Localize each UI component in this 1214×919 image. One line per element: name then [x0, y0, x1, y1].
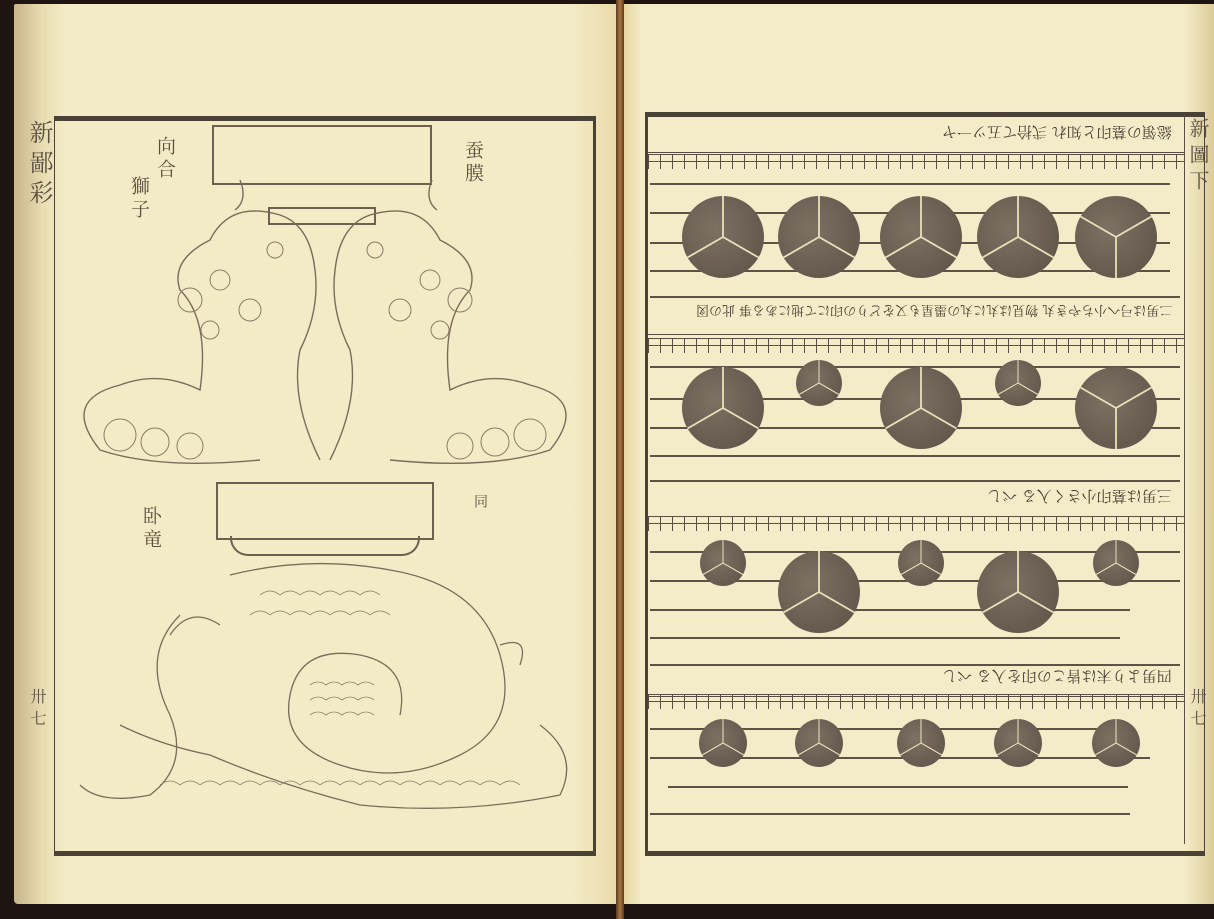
right-frame-inner-rule: [1184, 116, 1185, 844]
crest-coin-row-1-3: [880, 196, 962, 278]
rule: [650, 637, 1120, 639]
crest-coin-row-2-3: [880, 367, 962, 449]
right-page-number: 卅七: [1186, 688, 1209, 732]
tripartite-divider-icon: [880, 196, 962, 278]
row-1-header: 総領の墓印と知れ 弐拾て五ツ一ヤ: [648, 118, 1184, 153]
crest-coin-row-3-4: [977, 551, 1059, 633]
tripartite-divider-icon: [994, 719, 1042, 767]
tripartite-divider-icon: [682, 367, 764, 449]
crest-coin-row-4-1: [699, 719, 747, 767]
rule: [650, 183, 1170, 185]
crest-coin-row-3-1: [700, 540, 746, 586]
tripartite-divider-icon: [977, 196, 1059, 278]
crest-coin-row-4-2: [795, 719, 843, 767]
tripartite-divider-icon: [977, 551, 1059, 633]
tripartite-divider-icon: [778, 551, 860, 633]
lion-pedestal-top: [212, 125, 432, 185]
crest-coin-row-1-5: [1075, 196, 1157, 278]
row-1-note: 総領の墓印と知れ 弐拾て五ツ一ヤ: [942, 122, 1172, 143]
tripartite-divider-icon: [700, 540, 746, 586]
row-3-note: 三男は墓印小さく入る べし: [987, 486, 1172, 507]
right-spine-title: 新圖下: [1184, 118, 1213, 196]
tripartite-divider-icon: [880, 367, 962, 449]
tripartite-divider-icon: [1075, 196, 1157, 278]
crest-coin-row-4-4: [994, 719, 1042, 767]
rule: [668, 786, 1128, 788]
crest-coin-row-3-5: [1093, 540, 1139, 586]
tripartite-divider-icon: [682, 196, 764, 278]
tripartite-divider-icon: [1092, 719, 1140, 767]
row-3-ruler: [648, 516, 1184, 531]
crest-coin-row-4-3: [897, 719, 945, 767]
crest-coin-row-3-2: [778, 551, 860, 633]
row-2-header: 二男は弓へ小ちやき丸 物見は丸に丸の墨星も又をどりの印にて地にある事 此の図: [648, 298, 1184, 335]
crest-coin-row-2-1: [682, 367, 764, 449]
crest-coin-row-4-5: [1092, 719, 1140, 767]
tripartite-divider-icon: [995, 360, 1041, 406]
tripartite-divider-icon: [897, 719, 945, 767]
tripartite-divider-icon: [796, 360, 842, 406]
crest-coin-row-2-4: [995, 360, 1041, 406]
label-same: 同: [470, 494, 490, 524]
crest-coin-row-3-3: [898, 540, 944, 586]
crest-coin-row-1-1: [682, 196, 764, 278]
dragon-pedestal-top: [216, 482, 434, 540]
tripartite-divider-icon: [1075, 367, 1157, 449]
coiled-dragon-drawing: [60, 555, 590, 835]
left-page-number: 卅七: [26, 688, 49, 732]
crest-coin-row-2-5: [1075, 367, 1157, 449]
row-1-ruler: [648, 154, 1184, 169]
row-4-ruler: [648, 694, 1184, 709]
row-3-header: 三男は墓印小さく入る べし: [648, 482, 1184, 517]
rule: [650, 813, 1130, 815]
tripartite-divider-icon: [898, 540, 944, 586]
row-4-header: 四男より末は皆この印を入る べし: [648, 662, 1184, 697]
rule: [650, 455, 1180, 457]
paired-lions-drawing: [60, 180, 590, 480]
dragon-pedestal-base: [230, 536, 420, 556]
tripartite-divider-icon: [699, 719, 747, 767]
tripartite-divider-icon: [795, 719, 843, 767]
crest-coin-row-2-2: [796, 360, 842, 406]
row-4-note: 四男より末は皆この印を入る べし: [942, 666, 1172, 687]
tripartite-divider-icon: [1093, 540, 1139, 586]
book-gutter: [616, 0, 624, 919]
crest-coin-row-1-2: [778, 196, 860, 278]
row-2-ruler: [648, 338, 1184, 353]
row-2-note: 二男は弓へ小ちやき丸 物見は丸に丸の墨星も又をどりの印にて地にある事 此の図: [696, 302, 1172, 321]
left-spine-title: 新鄙彩: [22, 120, 57, 210]
crest-coin-row-1-4: [977, 196, 1059, 278]
tripartite-divider-icon: [778, 196, 860, 278]
